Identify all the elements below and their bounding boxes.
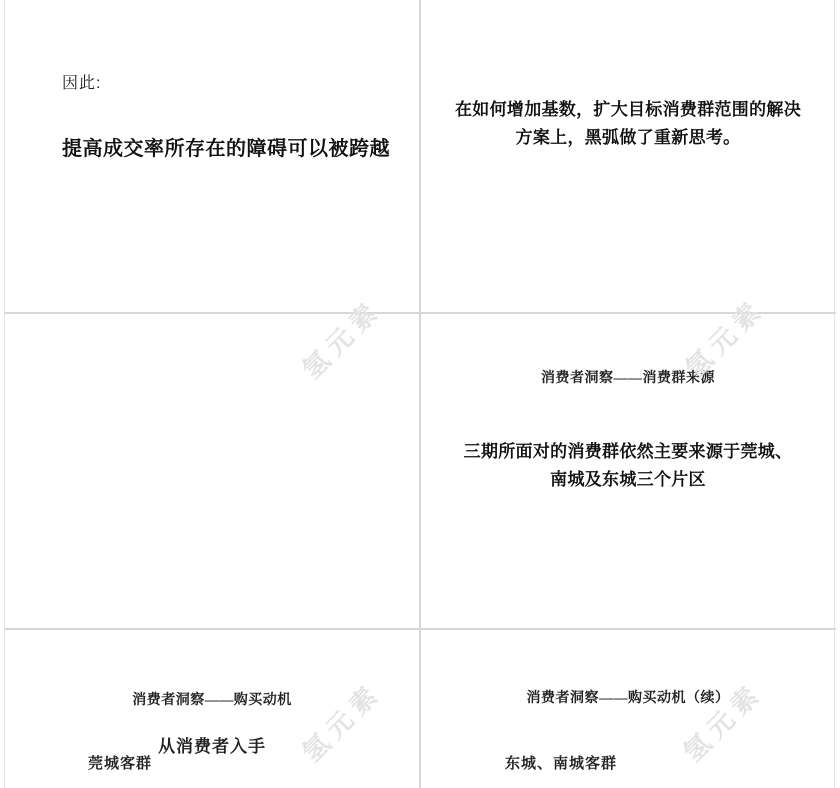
slide-title: 在如何增加基数，扩大目标消费群范围的解决 方案上，黑弧做了重新思考。 [441,96,815,152]
slide-title-line-2: 方案上，黑弧做了重新思考。 [441,124,815,152]
slide-thumbnail-conclusion: 因此: 提高成交率所存在的障碍可以被跨越 [5,0,419,312]
slide-thumbnail-purchase-motive-cont: 消费者洞察——购买动机（续） 东城、南城客群 [421,630,835,788]
slide-thumbnail-purchase-motive: 消费者洞察——购买动机 莞城客群 [5,630,419,788]
slide-section-header: 消费者洞察——消费群来源 [421,367,835,387]
slide-lead-text: 因此: [62,70,101,93]
slide-thumbnail-consumer-start: 从消费者入手 [5,314,419,628]
slide-grid-preview: 因此: 提高成交率所存在的障碍可以被跨越 在如何增加基数，扩大目标消费群范围的解… [0,0,840,788]
slide-title-line-1: 在如何增加基数，扩大目标消费群范围的解决 [441,96,815,124]
slide-title-line-2: 南城及东城三个片区 [441,466,815,494]
slide-thumbnail-consumer-source: 消费者洞察——消费群来源 三期所面对的消费群依然主要来源于莞城、 南城及东城三个… [421,314,835,628]
slide-title-line-1: 三期所面对的消费群依然主要来源于莞城、 [441,438,815,466]
slide-subheading: 东城、南城客群 [505,752,617,773]
slide-subheading: 莞城客群 [88,752,152,773]
slide-section-header: 消费者洞察——购买动机 [5,689,419,709]
slide-title: 提高成交率所存在的障碍可以被跨越 [62,135,392,163]
slide-thumbnail-rethink: 在如何增加基数，扩大目标消费群范围的解决 方案上，黑弧做了重新思考。 [421,0,835,312]
slide-section-header: 消费者洞察——购买动机（续） [421,687,835,707]
slide-title: 三期所面对的消费群依然主要来源于莞城、 南城及东城三个片区 [441,438,815,494]
